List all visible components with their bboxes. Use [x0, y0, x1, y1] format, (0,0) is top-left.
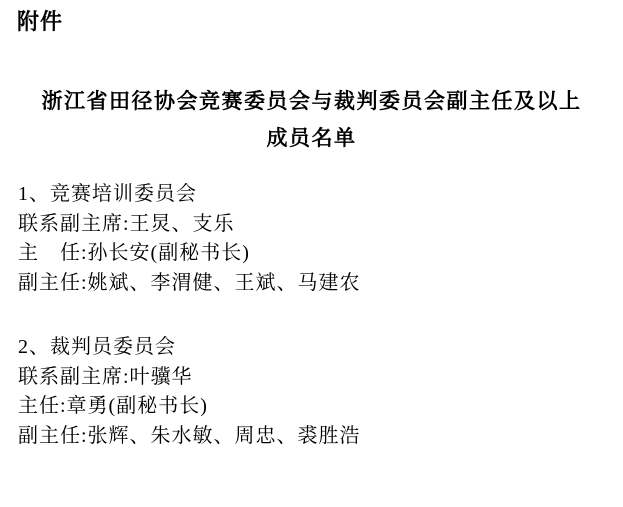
member-line-deputy-directors: 副主任:张辉、朱水敏、周忠、裘胜浩: [18, 422, 605, 452]
member-line-director: 主任:章勇(副秘书长): [18, 392, 605, 422]
section-referee-committee: 2、裁判员委员会 联系副主席:叶骥华 主任:章勇(副秘书长) 副主任:张辉、朱水…: [18, 333, 605, 451]
document-title-line-1: 浙江省田径协会竞赛委员会与裁判委员会副主任及以上: [30, 83, 593, 120]
member-line-contact-vice-chair: 联系副主席:叶骥华: [18, 363, 605, 393]
document-body: 1、竞赛培训委员会 联系副主席:王炅、支乐 主 任:孙长安(副秘书长) 副主任:…: [0, 180, 623, 451]
document-title-line-2: 成员名单: [30, 120, 593, 157]
section-heading: 2、裁判员委员会: [18, 333, 605, 363]
member-line-director: 主 任:孙长安(副秘书长): [18, 239, 605, 269]
section-heading: 1、竞赛培训委员会: [18, 180, 605, 210]
member-line-deputy-directors: 副主任:姚斌、李渭健、王斌、马建农: [18, 269, 605, 299]
member-line-contact-vice-chair: 联系副主席:王炅、支乐: [18, 210, 605, 240]
document-page: 附件 浙江省田径协会竞赛委员会与裁判委员会副主任及以上 成员名单 1、竞赛培训委…: [0, 0, 623, 507]
attachment-label: 附件: [0, 0, 623, 34]
section-competition-training-committee: 1、竞赛培训委员会 联系副主席:王炅、支乐 主 任:孙长安(副秘书长) 副主任:…: [18, 180, 605, 298]
document-title: 浙江省田径协会竞赛委员会与裁判委员会副主任及以上 成员名单: [0, 83, 623, 157]
